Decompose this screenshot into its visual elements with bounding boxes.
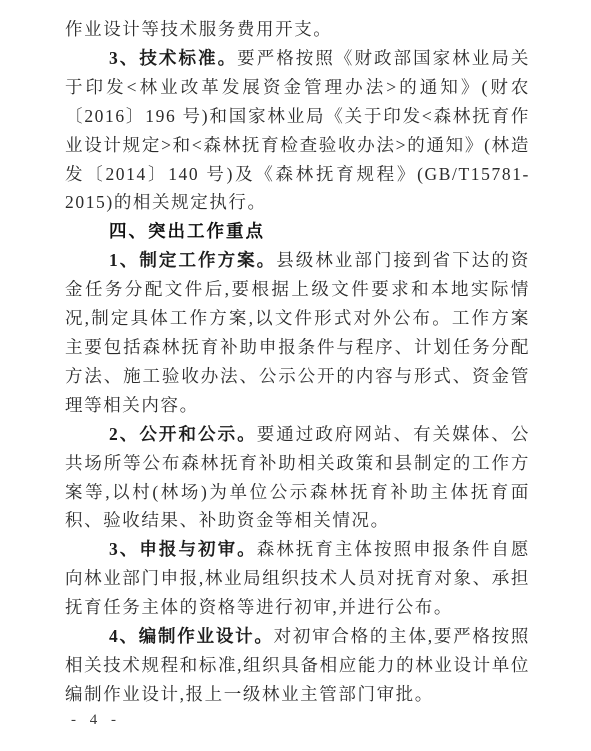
section-heading: 四、突出工作重点 [65,217,530,246]
paragraph-application-review: 3、申报与初审。森林抚育主体按照申报条件自愿向林业部门申报,林业局组织技术人员对… [65,535,530,622]
section-heading-text: 四、突出工作重点 [109,221,265,241]
paragraph-text: 作业设计等技术服务费用开支。 [65,19,332,39]
document-page: 作业设计等技术服务费用开支。 3、技术标准。要严格按照《财政部国家林业局关于印发… [0,0,591,751]
document-body: 作业设计等技术服务费用开支。 3、技术标准。要严格按照《财政部国家林业局关于印发… [65,15,530,709]
paragraph-publicity: 2、公开和公示。要通过政府网站、有关媒体、公共场所等公布森林抚育补助相关政策和县… [65,420,530,536]
page-number: - 4 - [71,712,121,729]
paragraph-technical-standards: 3、技术标准。要严格按照《财政部国家林业局关于印发<林业改革发展资金管理办法>的… [65,44,530,217]
paragraph-work-plan: 1、制定工作方案。县级林业部门接到省下达的资金任务分配文件后,要根据上级文件要求… [65,246,530,419]
paragraph-lead: 4、编制作业设计。 [109,626,274,646]
paragraph-lead: 1、制定工作方案。 [109,250,276,270]
paragraph-lead: 3、申报与初审。 [109,539,257,559]
paragraph-continuation: 作业设计等技术服务费用开支。 [65,15,530,44]
paragraph-operation-design: 4、编制作业设计。对初审合格的主体,要严格按照相关技术规程和标准,组织具备相应能… [65,622,530,709]
paragraph-lead: 2、公开和公示。 [109,424,257,444]
paragraph-lead: 3、技术标准。 [109,48,237,68]
paragraph-text: 县级林业部门接到省下达的资金任务分配文件后,要根据上级文件要求和本地实际情况,制… [65,250,530,415]
paragraph-text: 要严格按照《财政部国家林业局关于印发<林业改革发展资金管理办法>的通知》(财农〔… [65,48,530,213]
